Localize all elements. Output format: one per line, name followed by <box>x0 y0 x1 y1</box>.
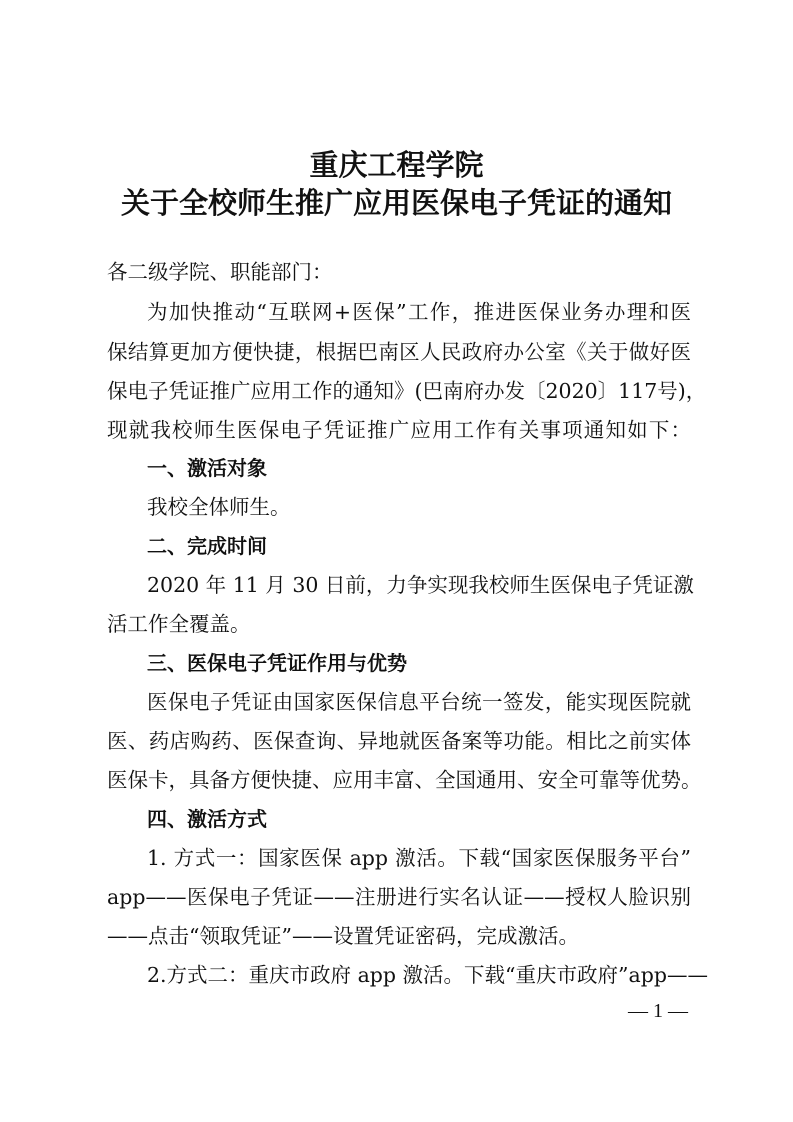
intro-line: 为加快推动“互联网+医保”工作，推进医保业务办理和医 <box>147 297 691 327</box>
section-text: 医、药店购药、医保查询、异地就医备案等功能。相比之前实体 <box>107 726 691 756</box>
section-text: 医保电子凭证由国家医保信息平台统一签发，能实现医院就 <box>147 687 691 717</box>
document-page: 重庆工程学院 关于全校师生推广应用医保电子凭证的通知 各二级学院、职能部门： 为… <box>0 0 793 1122</box>
page-number: — 1 — <box>628 1000 688 1023</box>
section-text: 2020 年 11 月 30 日前，力争实现我校师生医保电子凭证激 <box>147 570 691 600</box>
intro-line: 保电子凭证推广应用工作的通知》(巴南府办发〔2020〕117号)， <box>107 376 691 406</box>
document-title-subject: 关于全校师生推广应用医保电子凭证的通知 <box>0 181 793 222</box>
section-text: 活工作全覆盖。 <box>107 609 697 639</box>
intro-line: 保结算更加方便快捷，根据巴南区人民政府办公室《关于做好医 <box>107 337 691 367</box>
intro-line: 现就我校师生医保电子凭证推广应用工作有关事项通知如下： <box>107 415 691 445</box>
section-text: 医保卡，具备方便快捷、应用丰富、全国通用、安全可靠等优势。 <box>107 765 691 795</box>
section-text: app——医保电子凭证——注册进行实名认证——授权人脸识别 <box>107 882 691 912</box>
section-heading: 四、激活方式 <box>147 804 737 834</box>
section-text: 我校全体师生。 <box>147 492 737 522</box>
section-heading: 三、医保电子凭证作用与优势 <box>147 648 737 678</box>
section-text: 1. 方式一：国家医保 app 激活。下载“国家医保服务平台” <box>147 843 691 873</box>
salutation: 各二级学院、职能部门： <box>107 257 697 287</box>
section-heading: 二、完成时间 <box>147 531 737 561</box>
section-heading: 一、激活对象 <box>147 453 737 483</box>
section-text: 2.方式二：重庆市政府 app 激活。下载“重庆市政府”app—— <box>147 960 691 990</box>
section-text: ——点击“领取凭证”——设置凭证密码，完成激活。 <box>107 921 697 951</box>
document-title-org: 重庆工程学院 <box>0 143 793 184</box>
